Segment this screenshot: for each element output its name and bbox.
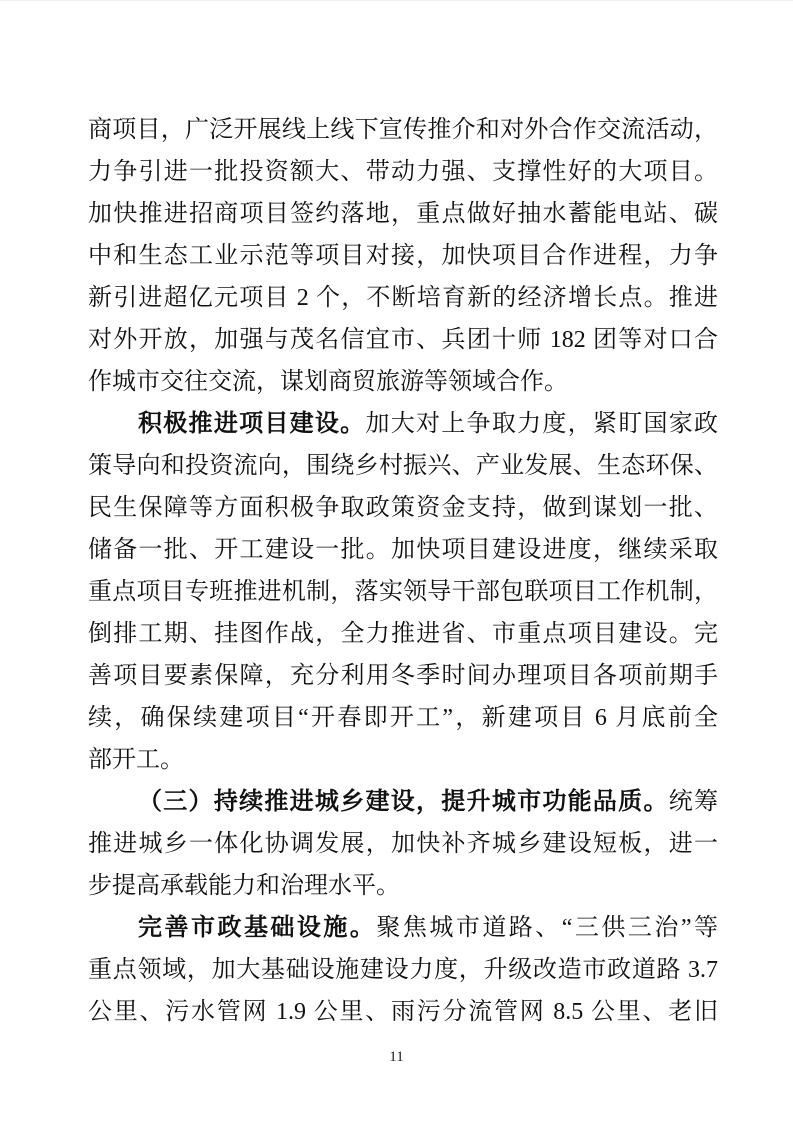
text-line: 策导向和投资流向，围绕乡村振兴、产业发展、生态环保、 xyxy=(88,445,718,487)
text-run: 作城市交往交流，谋划商贸旅游等领域合作。 xyxy=(88,369,568,395)
text-line: 倒排工期、挂图作战，全力推进省、市重点项目建设。完 xyxy=(88,613,718,655)
text-line: 中和生态工业示范等项目对接，加快项目合作进程，力争 xyxy=(88,235,718,277)
text-run: 重点项目专班推进机制，落实领导干部包联项目工作机制， xyxy=(88,579,718,605)
text-line: 积极推进项目建设。加大对上争取力度，紧盯国家政 xyxy=(88,403,718,445)
text-run: 公里、污水管网 1.9 公里、雨污分流管网 8.5 公里、老旧 xyxy=(88,999,718,1025)
text-run: 策导向和投资流向，围绕乡村振兴、产业发展、生态环保、 xyxy=(88,453,718,479)
text-run: 商项目，广泛开展线上线下宣传推介和对外合作交流活动， xyxy=(88,117,718,143)
text-line: 力争引进一批投资额大、带动力强、支撑性好的大项目。 xyxy=(88,151,718,193)
text-run: 部开工。 xyxy=(88,747,184,773)
text-run: 倒排工期、挂图作战，全力推进省、市重点项目建设。完 xyxy=(88,621,718,647)
text-run: 统筹 xyxy=(669,789,718,815)
text-line: 重点项目专班推进机制，落实领导干部包联项目工作机制， xyxy=(88,571,718,613)
bold-text-run: 完善市政基础设施。 xyxy=(138,915,376,941)
text-run: 善项目要素保障，充分利用冬季时间办理项目各项前期手 xyxy=(88,663,718,689)
text-run: 加快推进招商项目签约落地，重点做好抽水蓄能电站、碳 xyxy=(88,201,718,227)
text-line: 商项目，广泛开展线上线下宣传推介和对外合作交流活动， xyxy=(88,109,718,151)
text-line: 作城市交往交流，谋划商贸旅游等领域合作。 xyxy=(88,361,718,403)
text-run: 力争引进一批投资额大、带动力强、支撑性好的大项目。 xyxy=(88,159,718,185)
text-run: 民生保障等方面积极争取政策资金支持，做到谋划一批、 xyxy=(88,495,718,521)
text-line: 新引进超亿元项目 2 个，不断培育新的经济增长点。推进 xyxy=(88,277,718,319)
document-body: 商项目，广泛开展线上线下宣传推介和对外合作交流活动，力争引进一批投资额大、带动力… xyxy=(88,109,718,1033)
text-line: 推进城乡一体化协调发展，加快补齐城乡建设短板，进一 xyxy=(88,823,718,865)
text-line: 步提高承载能力和治理水平。 xyxy=(88,865,718,907)
text-line: （三）持续推进城乡建设，提升城市功能品质。统筹 xyxy=(88,781,718,823)
text-run: 储备一批、开工建设一批。加快项目建设进度，继续采取 xyxy=(88,537,718,563)
bold-text-run: 积极推进项目建设。 xyxy=(138,411,365,437)
text-line: 储备一批、开工建设一批。加快项目建设进度，继续采取 xyxy=(88,529,718,571)
text-run: 对外开放，加强与茂名信宜市、兵团十师 182 团等对口合 xyxy=(88,327,718,353)
page-number: 11 xyxy=(0,1047,793,1067)
text-line: 民生保障等方面积极争取政策资金支持，做到谋划一批、 xyxy=(88,487,718,529)
text-run: 推进城乡一体化协调发展，加快补齐城乡建设短板，进一 xyxy=(88,831,718,857)
document-page: 商项目，广泛开展线上线下宣传推介和对外合作交流活动，力争引进一批投资额大、带动力… xyxy=(0,0,793,1122)
text-line: 续，确保续建项目“开春即开工”，新建项目 6 月底前全 xyxy=(88,697,718,739)
text-line: 完善市政基础设施。聚焦城市道路、“三供三治”等 xyxy=(88,907,718,949)
text-line: 善项目要素保障，充分利用冬季时间办理项目各项前期手 xyxy=(88,655,718,697)
text-run: 中和生态工业示范等项目对接，加快项目合作进程，力争 xyxy=(88,243,718,269)
text-line: 重点领域，加大基础设施建设力度，升级改造市政道路 3.7 xyxy=(88,949,718,991)
text-run: 聚焦城市道路、“三供三治”等 xyxy=(376,915,718,941)
text-line: 公里、污水管网 1.9 公里、雨污分流管网 8.5 公里、老旧 xyxy=(88,991,718,1033)
text-line: 加快推进招商项目签约落地，重点做好抽水蓄能电站、碳 xyxy=(88,193,718,235)
text-line: 部开工。 xyxy=(88,739,718,781)
text-run: 加大对上争取力度，紧盯国家政 xyxy=(365,411,718,437)
text-run: 续，确保续建项目“开春即开工”，新建项目 6 月底前全 xyxy=(88,705,718,731)
text-line: 对外开放，加强与茂名信宜市、兵团十师 182 团等对口合 xyxy=(88,319,718,361)
text-run: 步提高承载能力和治理水平。 xyxy=(88,873,400,899)
text-run: 重点领域，加大基础设施建设力度，升级改造市政道路 3.7 xyxy=(88,957,718,983)
text-run: 新引进超亿元项目 2 个，不断培育新的经济增长点。推进 xyxy=(88,285,718,311)
bold-text-run: （三）持续推进城乡建设，提升城市功能品质。 xyxy=(138,789,669,815)
